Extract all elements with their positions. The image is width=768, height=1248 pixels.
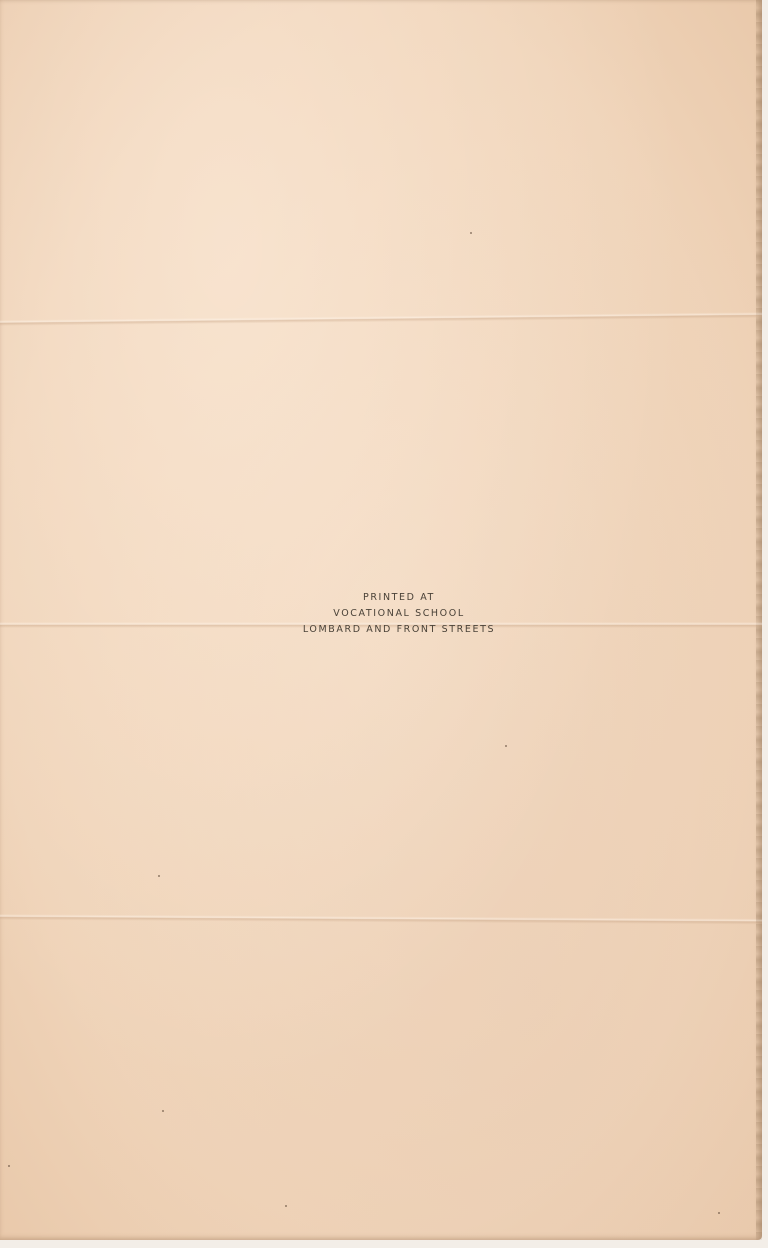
paper-page: PRINTED AT VOCATIONAL SCHOOL LOMBARD AND… [0,0,762,1240]
fold-crease [0,312,762,326]
imprint-line-1: PRINTED AT [0,590,768,606]
paper-speck [285,1205,287,1207]
paper-speck [158,875,160,877]
paper-speck [8,1165,10,1167]
fold-crease [0,914,762,925]
printer-imprint: PRINTED AT VOCATIONAL SCHOOL LOMBARD AND… [0,590,768,638]
paper-speck [505,745,507,747]
paper-speck [470,232,472,234]
imprint-line-3: LOMBARD AND FRONT STREETS [0,622,768,638]
imprint-line-2: VOCATIONAL SCHOOL [0,606,768,622]
paper-speck [718,1212,720,1214]
paper-speck [162,1110,164,1112]
